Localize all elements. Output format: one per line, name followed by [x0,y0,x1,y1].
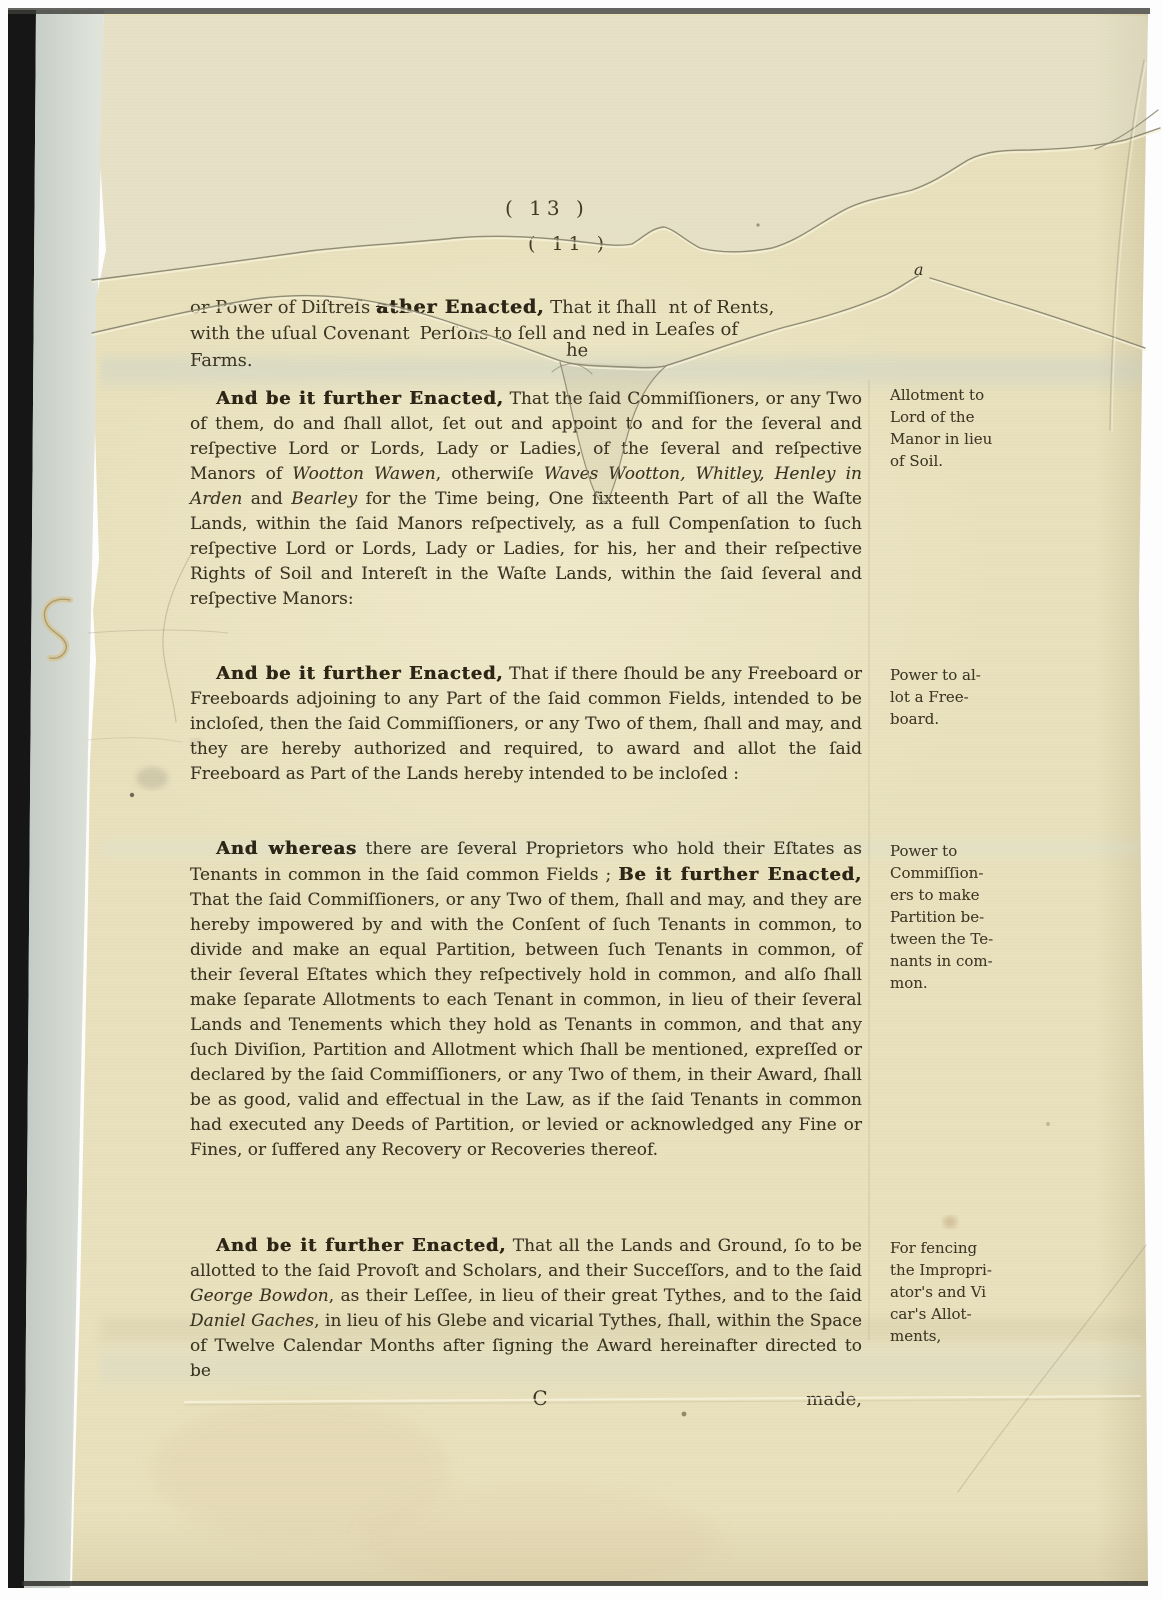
paragraph-tenants-in-common: And whereas there are ſeveral Proprietor… [190,836,862,1163]
torn-stray-fragment-a: a [914,260,924,279]
paragraph-allotment-to-lord: And be it further Enacted, That the ſaid… [190,386,862,612]
paragraph-fencing-allotments: And be it further Enacted, That all the … [190,1233,862,1384]
page-number-11: ( 11 ) [528,233,609,255]
paper-top-edge-shadow [8,8,1150,14]
torn-text-line-1: or Power of Diſtreſs ather Enacted, That… [190,296,880,318]
catchword: made, [700,1389,862,1410]
scanned-document-page: ( 13 ) ( 11 ) or Power of Diſtreſs ather… [0,0,1163,1600]
torn-stray-fragment-he: he [566,340,589,362]
paragraph-freeboard: And be it further Enacted, That if there… [190,661,862,787]
margin-note-fencing: For fencingthe Impropri-ator's and Vicar… [890,1237,1020,1347]
torn-text-line-3: Farms. [190,350,880,371]
margin-note-allotment: Allotment toLord of theManor in lieuof S… [890,384,1020,472]
signature-mark: C [520,1386,560,1410]
margin-note-partition: Power toCommiſſion-ers to makePartition … [890,840,1020,994]
margin-note-freeboard: Power to al-lot a Free-board. [890,664,1020,730]
torn-text-line-2: with the uſual CovenantPerſons to ſell a… [190,323,880,344]
paper-bottom-edge-shadow [22,1581,1148,1586]
page-number-13: ( 13 ) [505,196,589,220]
